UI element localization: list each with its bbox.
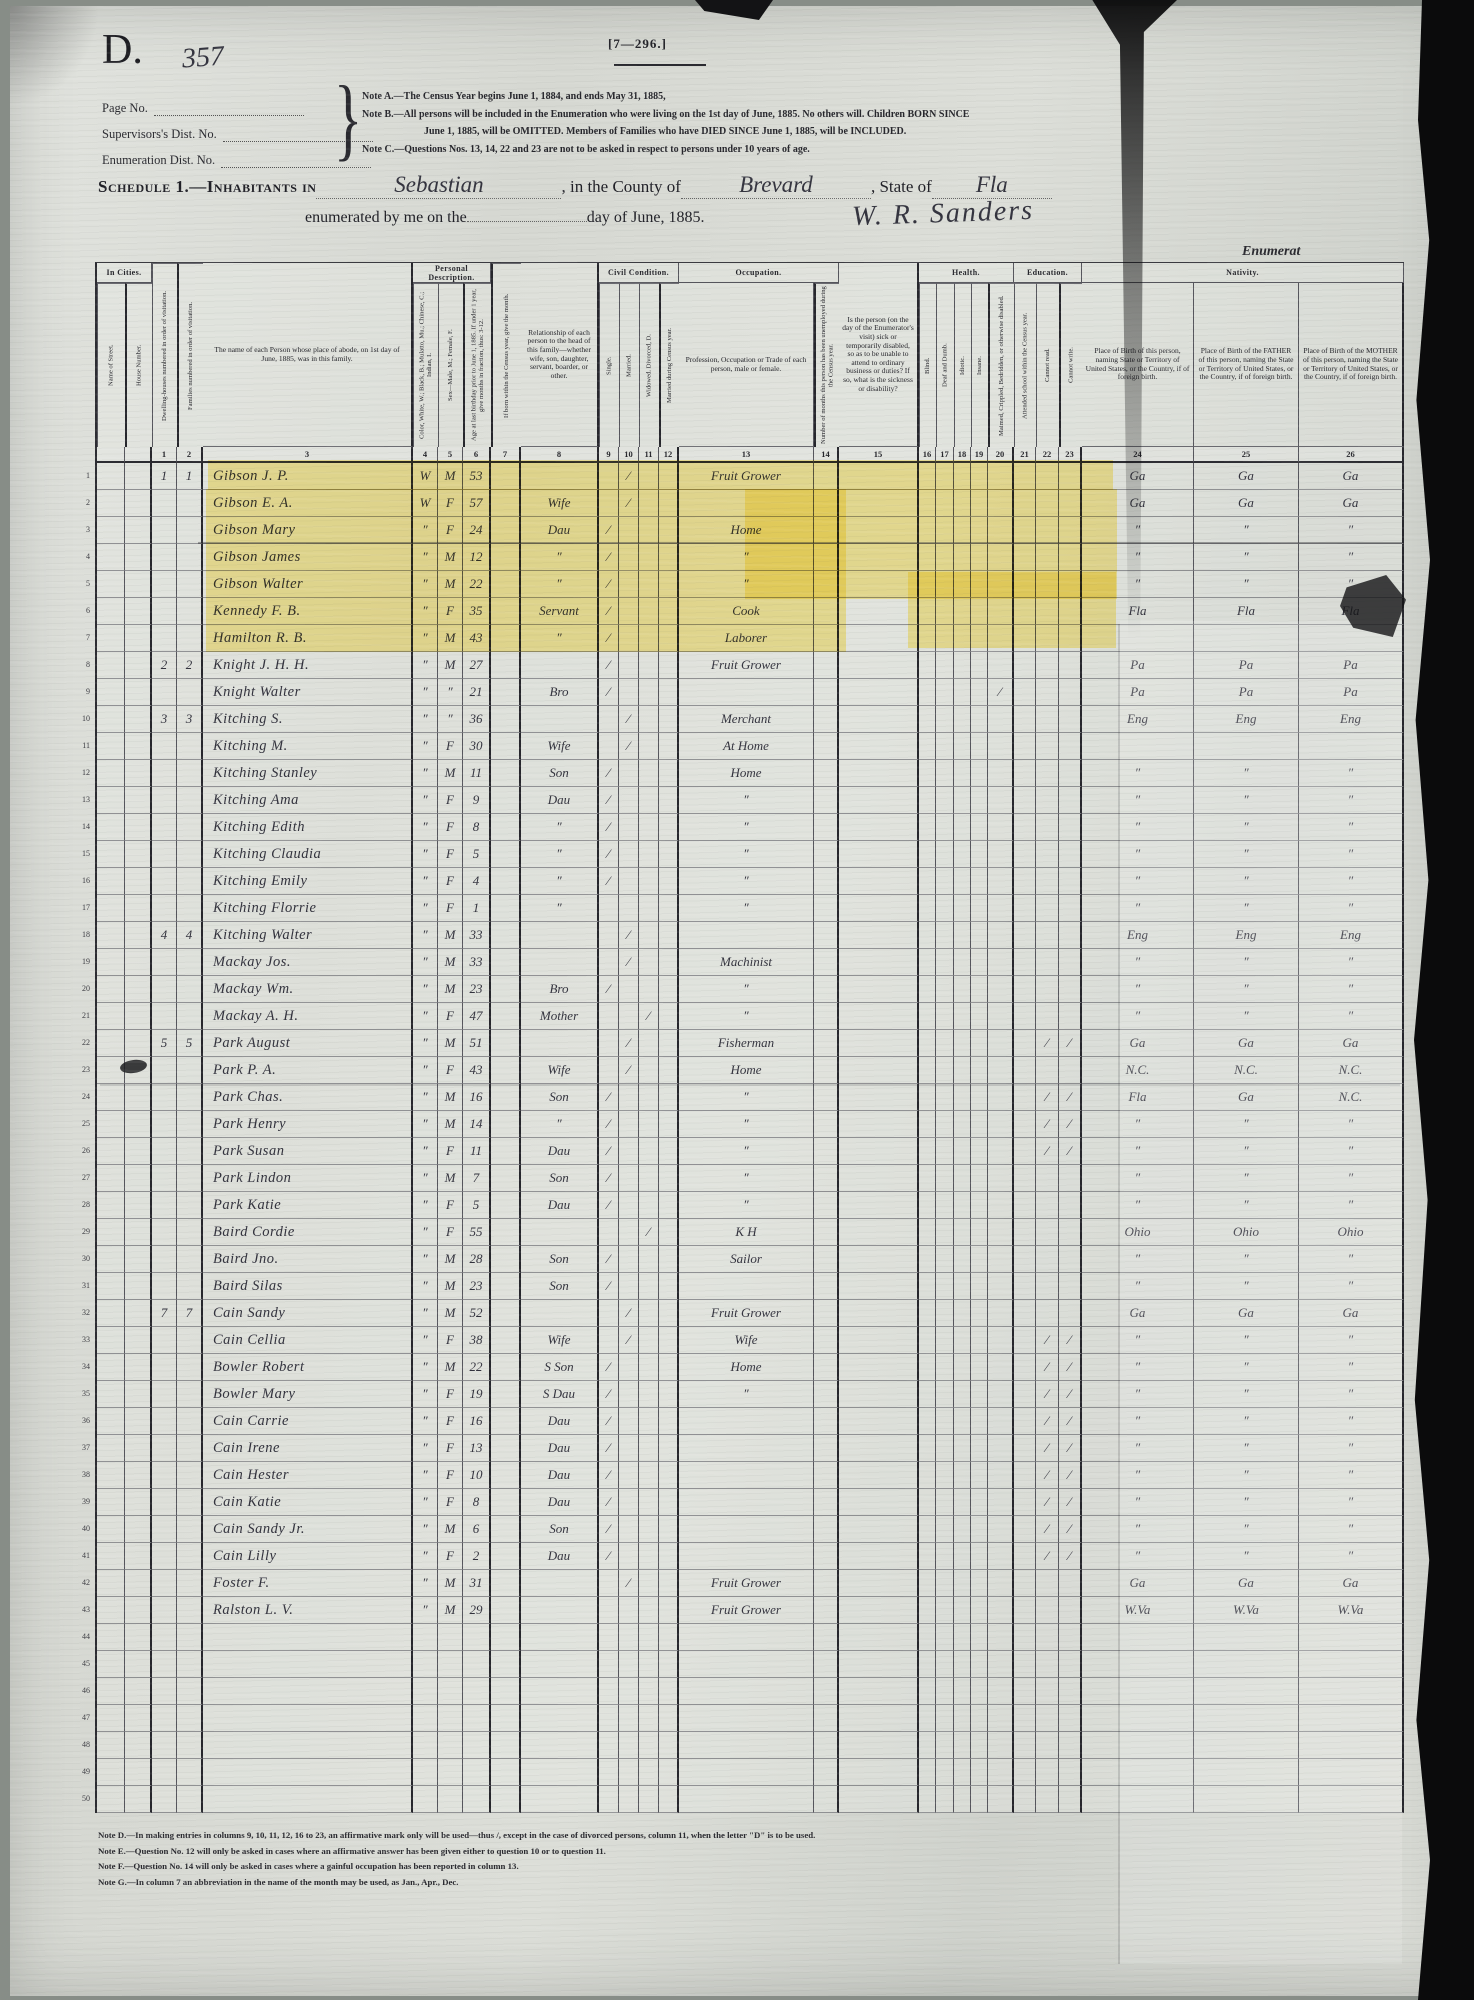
- enumeration-dist-field: Enumeration Dist. No.: [102, 142, 373, 168]
- data-cell-birthplace_person: ″: [1082, 814, 1194, 841]
- data-cell-sick_disabled: [839, 1408, 919, 1435]
- handwritten-place: Sebastian: [316, 172, 561, 199]
- data-cell-idiotic: [954, 1786, 971, 1813]
- data-cell-color: ″: [413, 1219, 438, 1246]
- data-cell-deaf_dumb: [936, 1543, 954, 1570]
- data-cell-name: Ralston L. V.: [203, 1597, 413, 1624]
- data-cell-birthplace_mother: [1299, 1651, 1404, 1678]
- data-cell-occupation: Fruit Grower: [679, 463, 814, 490]
- data-cell-single: ∕: [599, 814, 619, 841]
- data-cell-relationship: ″: [521, 571, 599, 598]
- enumerated-left-label: enumerated by me on the: [305, 209, 467, 227]
- data-cell-widowed: [639, 652, 659, 679]
- data-cell-deaf_dumb: [936, 1678, 954, 1705]
- paper-seam-horizontal: [100, 1084, 1400, 1086]
- group-header: Education.: [1014, 263, 1082, 283]
- schedule-prefix: Schedule 1.—Inhabitants in: [98, 177, 316, 197]
- data-cell-birthplace_mother: [1299, 1786, 1404, 1813]
- data-cell-house: [125, 1759, 152, 1786]
- data-cell-birthplace_person: ″: [1082, 895, 1194, 922]
- note-e: Note E.—Question No. 12 will only be ask…: [98, 1844, 1058, 1860]
- data-cell-cannot_write: [1059, 544, 1082, 571]
- data-cell-cannot_write: [1059, 490, 1082, 517]
- data-cell-single: ∕: [599, 760, 619, 787]
- data-cell-sick_disabled: [839, 1138, 919, 1165]
- data-cell-blind: [919, 976, 936, 1003]
- data-cell-idiotic: [954, 1030, 971, 1057]
- data-cell-maimed: [988, 598, 1014, 625]
- data-cell-family: 3: [177, 706, 203, 733]
- data-cell-birthplace_father: ″: [1194, 1354, 1299, 1381]
- data-cell-widowed: [639, 1705, 659, 1732]
- data-cell-cannot_read: [1036, 706, 1059, 733]
- data-cell-dwelling: [152, 1570, 177, 1597]
- data-cell-insane: [971, 1003, 988, 1030]
- data-cell-insane: [971, 1192, 988, 1219]
- column-header-married_census_year: Married during Census year.: [659, 283, 679, 447]
- data-cell-birthplace_person: ″: [1082, 1489, 1194, 1516]
- data-cell-birthplace_mother: N.C.: [1299, 1057, 1404, 1084]
- data-cell-occupation: ″: [679, 868, 814, 895]
- data-cell-color: ″: [413, 949, 438, 976]
- data-cell-idiotic: [954, 1624, 971, 1651]
- data-cell-deaf_dumb: [936, 706, 954, 733]
- data-cell-sex: M: [438, 1165, 463, 1192]
- data-cell-months_unemployed: [814, 1516, 839, 1543]
- data-cell-single: [599, 895, 619, 922]
- data-cell-married: [619, 571, 639, 598]
- data-cell-deaf_dumb: [936, 1192, 954, 1219]
- data-cell-family: [177, 1462, 203, 1489]
- data-cell-widowed: [639, 517, 659, 544]
- data-cell-born_month: [491, 1273, 521, 1300]
- bottom-footnotes: Note D.—In making entries in columns 9, …: [98, 1828, 1058, 1890]
- data-cell-widowed: [639, 1165, 659, 1192]
- data-cell-maimed: [988, 517, 1014, 544]
- data-cell-age: 23: [463, 1273, 491, 1300]
- data-cell-birthplace_father: ″: [1194, 1408, 1299, 1435]
- data-cell-months_unemployed: [814, 1273, 839, 1300]
- data-cell-cannot_read: [1036, 652, 1059, 679]
- data-cell-sex: M: [438, 544, 463, 571]
- data-cell-street: [97, 976, 125, 1003]
- data-cell-street: [97, 1624, 125, 1651]
- data-cell-occupation: [679, 679, 814, 706]
- data-cell-sick_disabled: [839, 949, 919, 976]
- data-cell-single: [599, 1057, 619, 1084]
- data-cell-maimed: [988, 1138, 1014, 1165]
- enumeration-dist-label: Enumeration Dist. No.: [102, 153, 215, 168]
- data-cell-married_census_year: [659, 1435, 679, 1462]
- data-cell-married_census_year: [659, 1462, 679, 1489]
- data-cell-sex: M: [438, 1084, 463, 1111]
- data-cell-birthplace_mother: ″: [1299, 544, 1404, 571]
- data-cell-sex: F: [438, 1489, 463, 1516]
- data-cell-insane: [971, 1030, 988, 1057]
- data-cell-age: 36: [463, 706, 491, 733]
- data-cell-age: 4: [463, 868, 491, 895]
- data-cell-relationship: Dau: [521, 1543, 599, 1570]
- data-cell-age: 7: [463, 1165, 491, 1192]
- data-cell-family: [177, 1192, 203, 1219]
- data-cell-insane: [971, 841, 988, 868]
- column-header-occupation: Profession, Occupation or Trade of each …: [679, 283, 814, 447]
- column-header-months_unemployed: Number of months this person has been un…: [814, 283, 839, 447]
- data-cell-house: [125, 517, 152, 544]
- data-cell-street: [97, 1732, 125, 1759]
- row-number-gutter: 1234567891011121314151617181920212223242…: [72, 462, 90, 1812]
- data-cell-widowed: [639, 1489, 659, 1516]
- data-cell-color: ″: [413, 1516, 438, 1543]
- data-cell-street: [97, 1651, 125, 1678]
- data-cell-married_census_year: [659, 1300, 679, 1327]
- data-cell-family: [177, 814, 203, 841]
- data-cell-attended_school: [1014, 706, 1036, 733]
- data-cell-sex: F: [438, 1219, 463, 1246]
- data-cell-married: [619, 841, 639, 868]
- data-cell-occupation: Sailor: [679, 1246, 814, 1273]
- data-cell-relationship: [521, 1597, 599, 1624]
- data-cell-dwelling: 3: [152, 706, 177, 733]
- data-cell-age: 8: [463, 1489, 491, 1516]
- data-cell-birthplace_mother: W.Va: [1299, 1597, 1404, 1624]
- data-cell-color: ″: [413, 652, 438, 679]
- data-cell-street: [97, 1678, 125, 1705]
- column-number-months_unemployed: 14: [814, 447, 839, 463]
- data-cell-cannot_write: [1059, 517, 1082, 544]
- data-cell-married: ∕: [619, 706, 639, 733]
- data-cell-widowed: [639, 1624, 659, 1651]
- data-cell-months_unemployed: [814, 1354, 839, 1381]
- data-cell-family: [177, 1570, 203, 1597]
- data-cell-born_month: [491, 571, 521, 598]
- data-cell-color: ″: [413, 1300, 438, 1327]
- supervisors-dist-field: Supervisors's Dist. No.: [102, 116, 373, 142]
- data-cell-birthplace_father: ″: [1194, 571, 1299, 598]
- data-cell-sick_disabled: [839, 1219, 919, 1246]
- form-code-rule: [614, 64, 706, 66]
- handwritten-state: Fla: [932, 172, 1052, 199]
- data-cell-single: ∕: [599, 625, 619, 652]
- data-cell-birthplace_father: [1194, 1759, 1299, 1786]
- data-cell-sick_disabled: [839, 1246, 919, 1273]
- data-cell-sick_disabled: [839, 1489, 919, 1516]
- data-cell-cannot_read: [1036, 1786, 1059, 1813]
- data-cell-married_census_year: [659, 814, 679, 841]
- data-cell-months_unemployed: [814, 1435, 839, 1462]
- data-cell-street: [97, 1111, 125, 1138]
- data-cell-cannot_read: [1036, 463, 1059, 490]
- data-cell-married: [619, 598, 639, 625]
- data-cell-idiotic: [954, 679, 971, 706]
- data-cell-attended_school: [1014, 1003, 1036, 1030]
- page-no-label: Page No.: [102, 101, 148, 116]
- data-cell-dwelling: [152, 868, 177, 895]
- data-cell-maimed: [988, 1300, 1014, 1327]
- row-number: 8: [72, 651, 90, 678]
- data-cell-color: ″: [413, 1030, 438, 1057]
- data-cell-name: Park P. A.: [203, 1057, 413, 1084]
- data-cell-deaf_dumb: [936, 1273, 954, 1300]
- data-cell-sex: [438, 1678, 463, 1705]
- data-cell-birthplace_father: ″: [1194, 1543, 1299, 1570]
- data-cell-insane: [971, 1489, 988, 1516]
- data-cell-idiotic: [954, 1084, 971, 1111]
- data-cell-idiotic: [954, 1489, 971, 1516]
- data-cell-born_month: [491, 1516, 521, 1543]
- plate-letter: D.: [102, 26, 143, 74]
- data-cell-blind: [919, 571, 936, 598]
- group-header: Health.: [919, 263, 1014, 283]
- data-cell-birthplace_father: N.C.: [1194, 1057, 1299, 1084]
- data-cell-name: Kennedy F. B.: [203, 598, 413, 625]
- data-cell-family: [177, 1003, 203, 1030]
- data-cell-relationship: Bro: [521, 976, 599, 1003]
- data-cell-sick_disabled: [839, 1759, 919, 1786]
- data-cell-born_month: [491, 544, 521, 571]
- data-cell-birthplace_father: ″: [1194, 1516, 1299, 1543]
- data-cell-months_unemployed: [814, 760, 839, 787]
- data-cell-house: [125, 1111, 152, 1138]
- row-number: 44: [72, 1623, 90, 1650]
- data-cell-sex: ″: [438, 679, 463, 706]
- data-cell-widowed: ∕: [639, 1003, 659, 1030]
- data-cell-married_census_year: [659, 1084, 679, 1111]
- data-cell-dwelling: 5: [152, 1030, 177, 1057]
- data-cell-insane: [971, 1354, 988, 1381]
- data-cell-deaf_dumb: [936, 1489, 954, 1516]
- data-cell-birthplace_father: ″: [1194, 517, 1299, 544]
- data-cell-maimed: [988, 1651, 1014, 1678]
- data-cell-months_unemployed: [814, 706, 839, 733]
- data-cell-sex: F: [438, 1381, 463, 1408]
- data-cell-months_unemployed: [814, 1489, 839, 1516]
- data-cell-birthplace_father: Ohio: [1194, 1219, 1299, 1246]
- data-cell-blind: [919, 1759, 936, 1786]
- data-cell-name: Kitching Edith: [203, 814, 413, 841]
- data-cell-born_month: [491, 1381, 521, 1408]
- data-cell-birthplace_person: [1082, 733, 1194, 760]
- data-cell-attended_school: [1014, 841, 1036, 868]
- data-cell-single: ∕: [599, 1516, 619, 1543]
- data-cell-widowed: [639, 1786, 659, 1813]
- data-cell-dwelling: [152, 1057, 177, 1084]
- row-number: 39: [72, 1488, 90, 1515]
- data-cell-street: [97, 1759, 125, 1786]
- data-cell-widowed: [639, 814, 659, 841]
- data-cell-idiotic: [954, 976, 971, 1003]
- data-cell-married: [619, 1759, 639, 1786]
- data-cell-months_unemployed: [814, 841, 839, 868]
- data-cell-birthplace_father: ″: [1194, 787, 1299, 814]
- data-cell-birthplace_mother: [1299, 1705, 1404, 1732]
- data-cell-occupation: Fruit Grower: [679, 1570, 814, 1597]
- data-cell-cannot_read: ∕: [1036, 1111, 1059, 1138]
- data-cell-street: [97, 1138, 125, 1165]
- data-cell-married: [619, 787, 639, 814]
- data-cell-street: [97, 463, 125, 490]
- data-cell-single: ∕: [599, 1165, 619, 1192]
- column-number-relationship: 8: [521, 447, 599, 463]
- data-cell-widowed: [639, 1408, 659, 1435]
- data-cell-born_month: [491, 1030, 521, 1057]
- handwritten-page-number: 357: [181, 41, 225, 76]
- data-cell-dwelling: [152, 1165, 177, 1192]
- group-header: Civil Condition.: [599, 263, 679, 283]
- data-cell-born_month: [491, 814, 521, 841]
- data-cell-name: Mackay Jos.: [203, 949, 413, 976]
- note-f: Note F.—Question No. 14 will only be ask…: [98, 1859, 1058, 1875]
- data-cell-color: ″: [413, 841, 438, 868]
- data-cell-street: [97, 895, 125, 922]
- data-cell-attended_school: [1014, 1381, 1036, 1408]
- data-cell-maimed: [988, 787, 1014, 814]
- data-cell-sick_disabled: [839, 814, 919, 841]
- data-cell-attended_school: [1014, 1516, 1036, 1543]
- data-cell-attended_school: [1014, 1462, 1036, 1489]
- data-cell-cannot_write: [1059, 1246, 1082, 1273]
- row-number: 25: [72, 1110, 90, 1137]
- data-cell-widowed: [639, 922, 659, 949]
- data-cell-birthplace_person: [1082, 1678, 1194, 1705]
- data-cell-occupation: Home: [679, 517, 814, 544]
- data-cell-cannot_write: ∕: [1059, 1489, 1082, 1516]
- data-cell-widowed: [639, 1084, 659, 1111]
- data-cell-insane: [971, 517, 988, 544]
- data-cell-relationship: Servant: [521, 598, 599, 625]
- data-cell-months_unemployed: [814, 1381, 839, 1408]
- row-number: 21: [72, 1002, 90, 1029]
- data-cell-occupation: Fisherman: [679, 1030, 814, 1057]
- data-cell-birthplace_mother: ″: [1299, 1111, 1404, 1138]
- data-cell-age: 31: [463, 1570, 491, 1597]
- data-cell-cannot_write: [1059, 706, 1082, 733]
- data-cell-name: Cain Katie: [203, 1489, 413, 1516]
- data-cell-born_month: [491, 760, 521, 787]
- data-cell-idiotic: [954, 1570, 971, 1597]
- data-cell-insane: [971, 1543, 988, 1570]
- data-cell-birthplace_person: ″: [1082, 1354, 1194, 1381]
- data-cell-house: [125, 868, 152, 895]
- data-cell-age: 6: [463, 1516, 491, 1543]
- data-cell-attended_school: [1014, 1057, 1036, 1084]
- data-cell-born_month: [491, 1462, 521, 1489]
- data-cell-dwelling: [152, 1732, 177, 1759]
- column-number-age: 6: [463, 447, 491, 463]
- data-cell-name: [203, 1651, 413, 1678]
- data-cell-widowed: [639, 625, 659, 652]
- data-cell-age: 51: [463, 1030, 491, 1057]
- data-cell-cannot_read: ∕: [1036, 1489, 1059, 1516]
- data-cell-age: 11: [463, 760, 491, 787]
- data-cell-born_month: [491, 895, 521, 922]
- data-cell-age: 52: [463, 1300, 491, 1327]
- data-cell-name: Gibson E. A.: [203, 490, 413, 517]
- data-cell-birthplace_mother: ″: [1299, 1489, 1404, 1516]
- data-cell-street: [97, 1543, 125, 1570]
- data-cell-married: ∕: [619, 490, 639, 517]
- data-cell-idiotic: [954, 760, 971, 787]
- data-cell-single: ∕: [599, 787, 619, 814]
- data-cell-blind: [919, 1300, 936, 1327]
- data-cell-blind: [919, 706, 936, 733]
- data-cell-birthplace_mother: Pa: [1299, 652, 1404, 679]
- data-cell-married: [619, 1273, 639, 1300]
- data-cell-idiotic: [954, 1057, 971, 1084]
- column-header-age: Age at last birthday prior to June 1, 18…: [463, 283, 491, 447]
- data-cell-dwelling: [152, 571, 177, 598]
- data-cell-months_unemployed: [814, 652, 839, 679]
- data-cell-maimed: [988, 1219, 1014, 1246]
- data-cell-maimed: [988, 1327, 1014, 1354]
- column-number-dwelling: 1: [152, 447, 177, 463]
- column-number-maimed: 20: [988, 447, 1014, 463]
- data-cell-dwelling: [152, 1462, 177, 1489]
- data-cell-maimed: [988, 1408, 1014, 1435]
- data-cell-sick_disabled: [839, 895, 919, 922]
- data-cell-family: [177, 1057, 203, 1084]
- data-cell-insane: [971, 490, 988, 517]
- day-blank: [467, 221, 587, 222]
- data-cell-birthplace_father: ″: [1194, 895, 1299, 922]
- data-cell-maimed: [988, 1597, 1014, 1624]
- data-cell-age: 53: [463, 463, 491, 490]
- data-cell-family: [177, 1516, 203, 1543]
- data-cell-months_unemployed: [814, 1192, 839, 1219]
- data-cell-married: [619, 1543, 639, 1570]
- column-header-blind: Blind.: [919, 283, 936, 447]
- column-number-insane: 19: [971, 447, 988, 463]
- data-cell-cannot_write: [1059, 1624, 1082, 1651]
- data-cell-age: 30: [463, 733, 491, 760]
- data-cell-attended_school: [1014, 814, 1036, 841]
- data-cell-birthplace_person: Pa: [1082, 652, 1194, 679]
- column-number-name: 3: [203, 447, 413, 463]
- data-cell-married: [619, 1408, 639, 1435]
- data-cell-blind: [919, 814, 936, 841]
- data-cell-sex: F: [438, 1435, 463, 1462]
- data-cell-maimed: [988, 1057, 1014, 1084]
- data-cell-sex: F: [438, 1003, 463, 1030]
- data-cell-house: [125, 787, 152, 814]
- data-cell-months_unemployed: [814, 976, 839, 1003]
- data-cell-birthplace_person: [1082, 1786, 1194, 1813]
- data-cell-occupation: K H: [679, 1219, 814, 1246]
- data-cell-attended_school: [1014, 1246, 1036, 1273]
- data-cell-maimed: [988, 1192, 1014, 1219]
- data-cell-dwelling: [152, 490, 177, 517]
- column-header-single: Single.: [599, 283, 619, 447]
- data-cell-house: [125, 760, 152, 787]
- data-cell-months_unemployed: [814, 895, 839, 922]
- column-number-sex: 5: [438, 447, 463, 463]
- data-cell-born_month: [491, 1435, 521, 1462]
- data-cell-married: [619, 1165, 639, 1192]
- data-cell-single: [599, 733, 619, 760]
- data-cell-house: [125, 1678, 152, 1705]
- data-cell-deaf_dumb: [936, 1354, 954, 1381]
- data-cell-color: ″: [413, 1543, 438, 1570]
- data-cell-maimed: [988, 706, 1014, 733]
- data-cell-birthplace_person: ″: [1082, 1273, 1194, 1300]
- data-cell-birthplace_person: ″: [1082, 760, 1194, 787]
- data-cell-idiotic: [954, 733, 971, 760]
- data-cell-family: [177, 1489, 203, 1516]
- data-cell-deaf_dumb: [936, 598, 954, 625]
- data-cell-blind: [919, 1273, 936, 1300]
- data-cell-idiotic: [954, 787, 971, 814]
- data-cell-house: [125, 625, 152, 652]
